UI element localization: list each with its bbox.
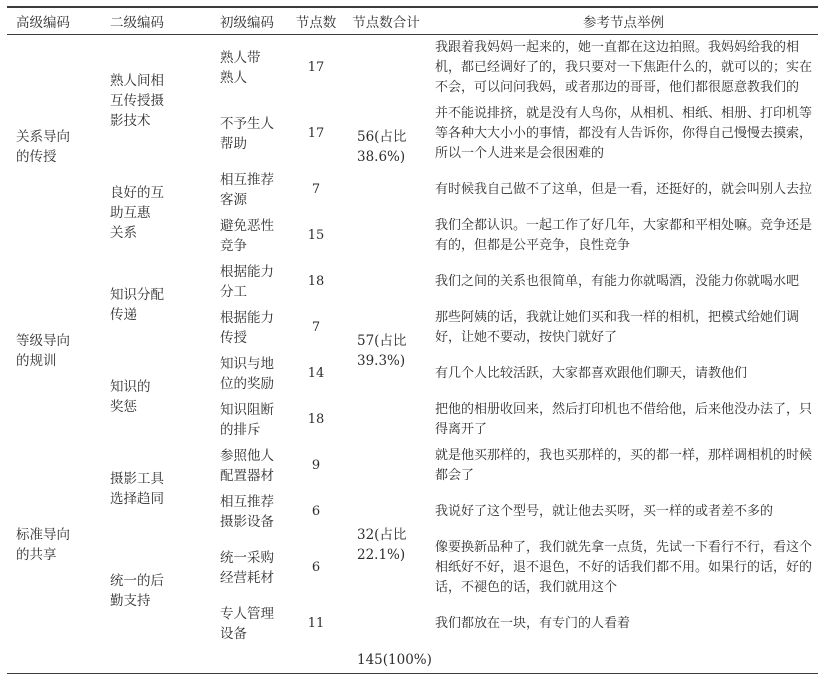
cell-empty: [429, 647, 818, 674]
cell-example: 我们都放在一块，有专门的人看着: [429, 601, 818, 647]
page: 高级编码 二级编码 初级编码 节点数 节点数合计 参考节点举例 关系导向 的传授…: [0, 0, 825, 674]
cell-example: 像要换新品种了，我们就先拿一点货，先试一下看行不行，看这个相纸好不好，退不退色，…: [429, 535, 818, 601]
header-high-code: 高级编码: [7, 7, 99, 35]
cell-primary-code: 知识阻断 的排斥: [211, 397, 289, 443]
cell-primary-code: 不予生人 帮助: [211, 101, 289, 167]
cell-node-count: 15: [289, 213, 343, 259]
cell-second-code: 熟人间相 互传授摄 影技术: [99, 35, 211, 168]
table-row: 等级导向 的规训 知识分配 传递 根据能力 分工 18 57(占比 39.3%)…: [7, 259, 818, 305]
cell-example: 有几个人比较活跃，大家都喜欢跟他们聊天，请教他们: [429, 351, 818, 397]
cell-node-count: 11: [289, 601, 343, 647]
table-row: 标准导向 的共享 摄影工具 选择趋同 参照他人 配置器材 9 32(占比 22.…: [7, 443, 818, 489]
cell-example: 我们之间的关系也很简单，有能力你就喝酒，没能力你就喝水吧: [429, 259, 818, 305]
cell-primary-code: 熟人带 熟人: [211, 35, 289, 102]
cell-primary-code: 根据能力 传授: [211, 305, 289, 351]
cell-example: 我说好了这个型号，就让他去买呀，买一样的或者差不多的: [429, 489, 818, 535]
header-example: 参考节点举例: [429, 7, 818, 35]
cell-node-count: 6: [289, 489, 343, 535]
cell-primary-code: 知识与地 位的奖励: [211, 351, 289, 397]
cell-primary-code: 避免恶性 竞争: [211, 213, 289, 259]
cell-subtotal: 56(占比 38.6%): [343, 35, 429, 260]
cell-second-code: 摄影工具 选择趋同: [99, 443, 211, 535]
cell-second-code: 知识的 奖惩: [99, 351, 211, 443]
cell-empty: [7, 647, 343, 674]
cell-primary-code: 相互推荐 客源: [211, 167, 289, 213]
header-primary-code: 初级编码: [211, 7, 289, 35]
cell-example: 并不能说排挤，就是没有人鸟你，从相机、相纸、相册、打印机等等各种大大小小的事情，…: [429, 101, 818, 167]
cell-primary-code: 参照他人 配置器材: [211, 443, 289, 489]
cell-node-count: 17: [289, 101, 343, 167]
cell-high-code: 标准导向 的共享: [7, 443, 99, 647]
cell-high-code: 等级导向 的规训: [7, 259, 99, 443]
cell-node-count: 6: [289, 535, 343, 601]
cell-primary-code: 相互推荐 摄影设备: [211, 489, 289, 535]
cell-second-code: 良好的互 助互惠 关系: [99, 167, 211, 259]
cell-grand-total: 145(100%): [343, 647, 429, 674]
header-row: 高级编码 二级编码 初级编码 节点数 节点数合计 参考节点举例: [7, 7, 818, 35]
cell-second-code: 知识分配 传递: [99, 259, 211, 351]
table-row-total: 145(100%): [7, 647, 818, 674]
cell-node-count: 18: [289, 259, 343, 305]
header-node-count: 节点数: [289, 7, 343, 35]
coding-table: 高级编码 二级编码 初级编码 节点数 节点数合计 参考节点举例 关系导向 的传授…: [7, 6, 818, 674]
header-second-code: 二级编码: [99, 7, 211, 35]
cell-example: 我跟着我妈妈一起来的，她一直都在这边拍照。我妈妈给我的相机，都已经调好了的，我只…: [429, 35, 818, 102]
cell-high-code: 关系导向 的传授: [7, 35, 99, 260]
cell-example: 那些阿姨的话，我就让她们买和我一样的相机，把模式给她们调好，让她不要动，按快门就…: [429, 305, 818, 351]
cell-example: 我们全都认识。一起工作了好几年，大家都和平相处嘛。竞争还是有的，但都是公平竞争，…: [429, 213, 818, 259]
cell-node-count: 17: [289, 35, 343, 102]
cell-primary-code: 专人管理 设备: [211, 601, 289, 647]
cell-node-count: 7: [289, 167, 343, 213]
cell-example: 就是他买那样的，我也买那样的，买的都一样，那样调相机的时候都会了: [429, 443, 818, 489]
cell-example: 有时候我自己做不了这单，但是一看，还挺好的，就会叫别人去拉: [429, 167, 818, 213]
cell-second-code: 统一的后 勤支持: [99, 535, 211, 647]
cell-node-count: 18: [289, 397, 343, 443]
cell-subtotal: 57(占比 39.3%): [343, 259, 429, 443]
cell-subtotal: 32(占比 22.1%): [343, 443, 429, 647]
cell-example: 把他的相册收回来，然后打印机也不借给他，后来他没办法了，只得离开了: [429, 397, 818, 443]
header-node-subtotal: 节点数合计: [343, 7, 429, 35]
cell-node-count: 9: [289, 443, 343, 489]
cell-primary-code: 根据能力 分工: [211, 259, 289, 305]
table-row: 关系导向 的传授 熟人间相 互传授摄 影技术 熟人带 熟人 17 56(占比 3…: [7, 35, 818, 102]
cell-primary-code: 统一采购 经营耗材: [211, 535, 289, 601]
cell-node-count: 7: [289, 305, 343, 351]
cell-node-count: 14: [289, 351, 343, 397]
